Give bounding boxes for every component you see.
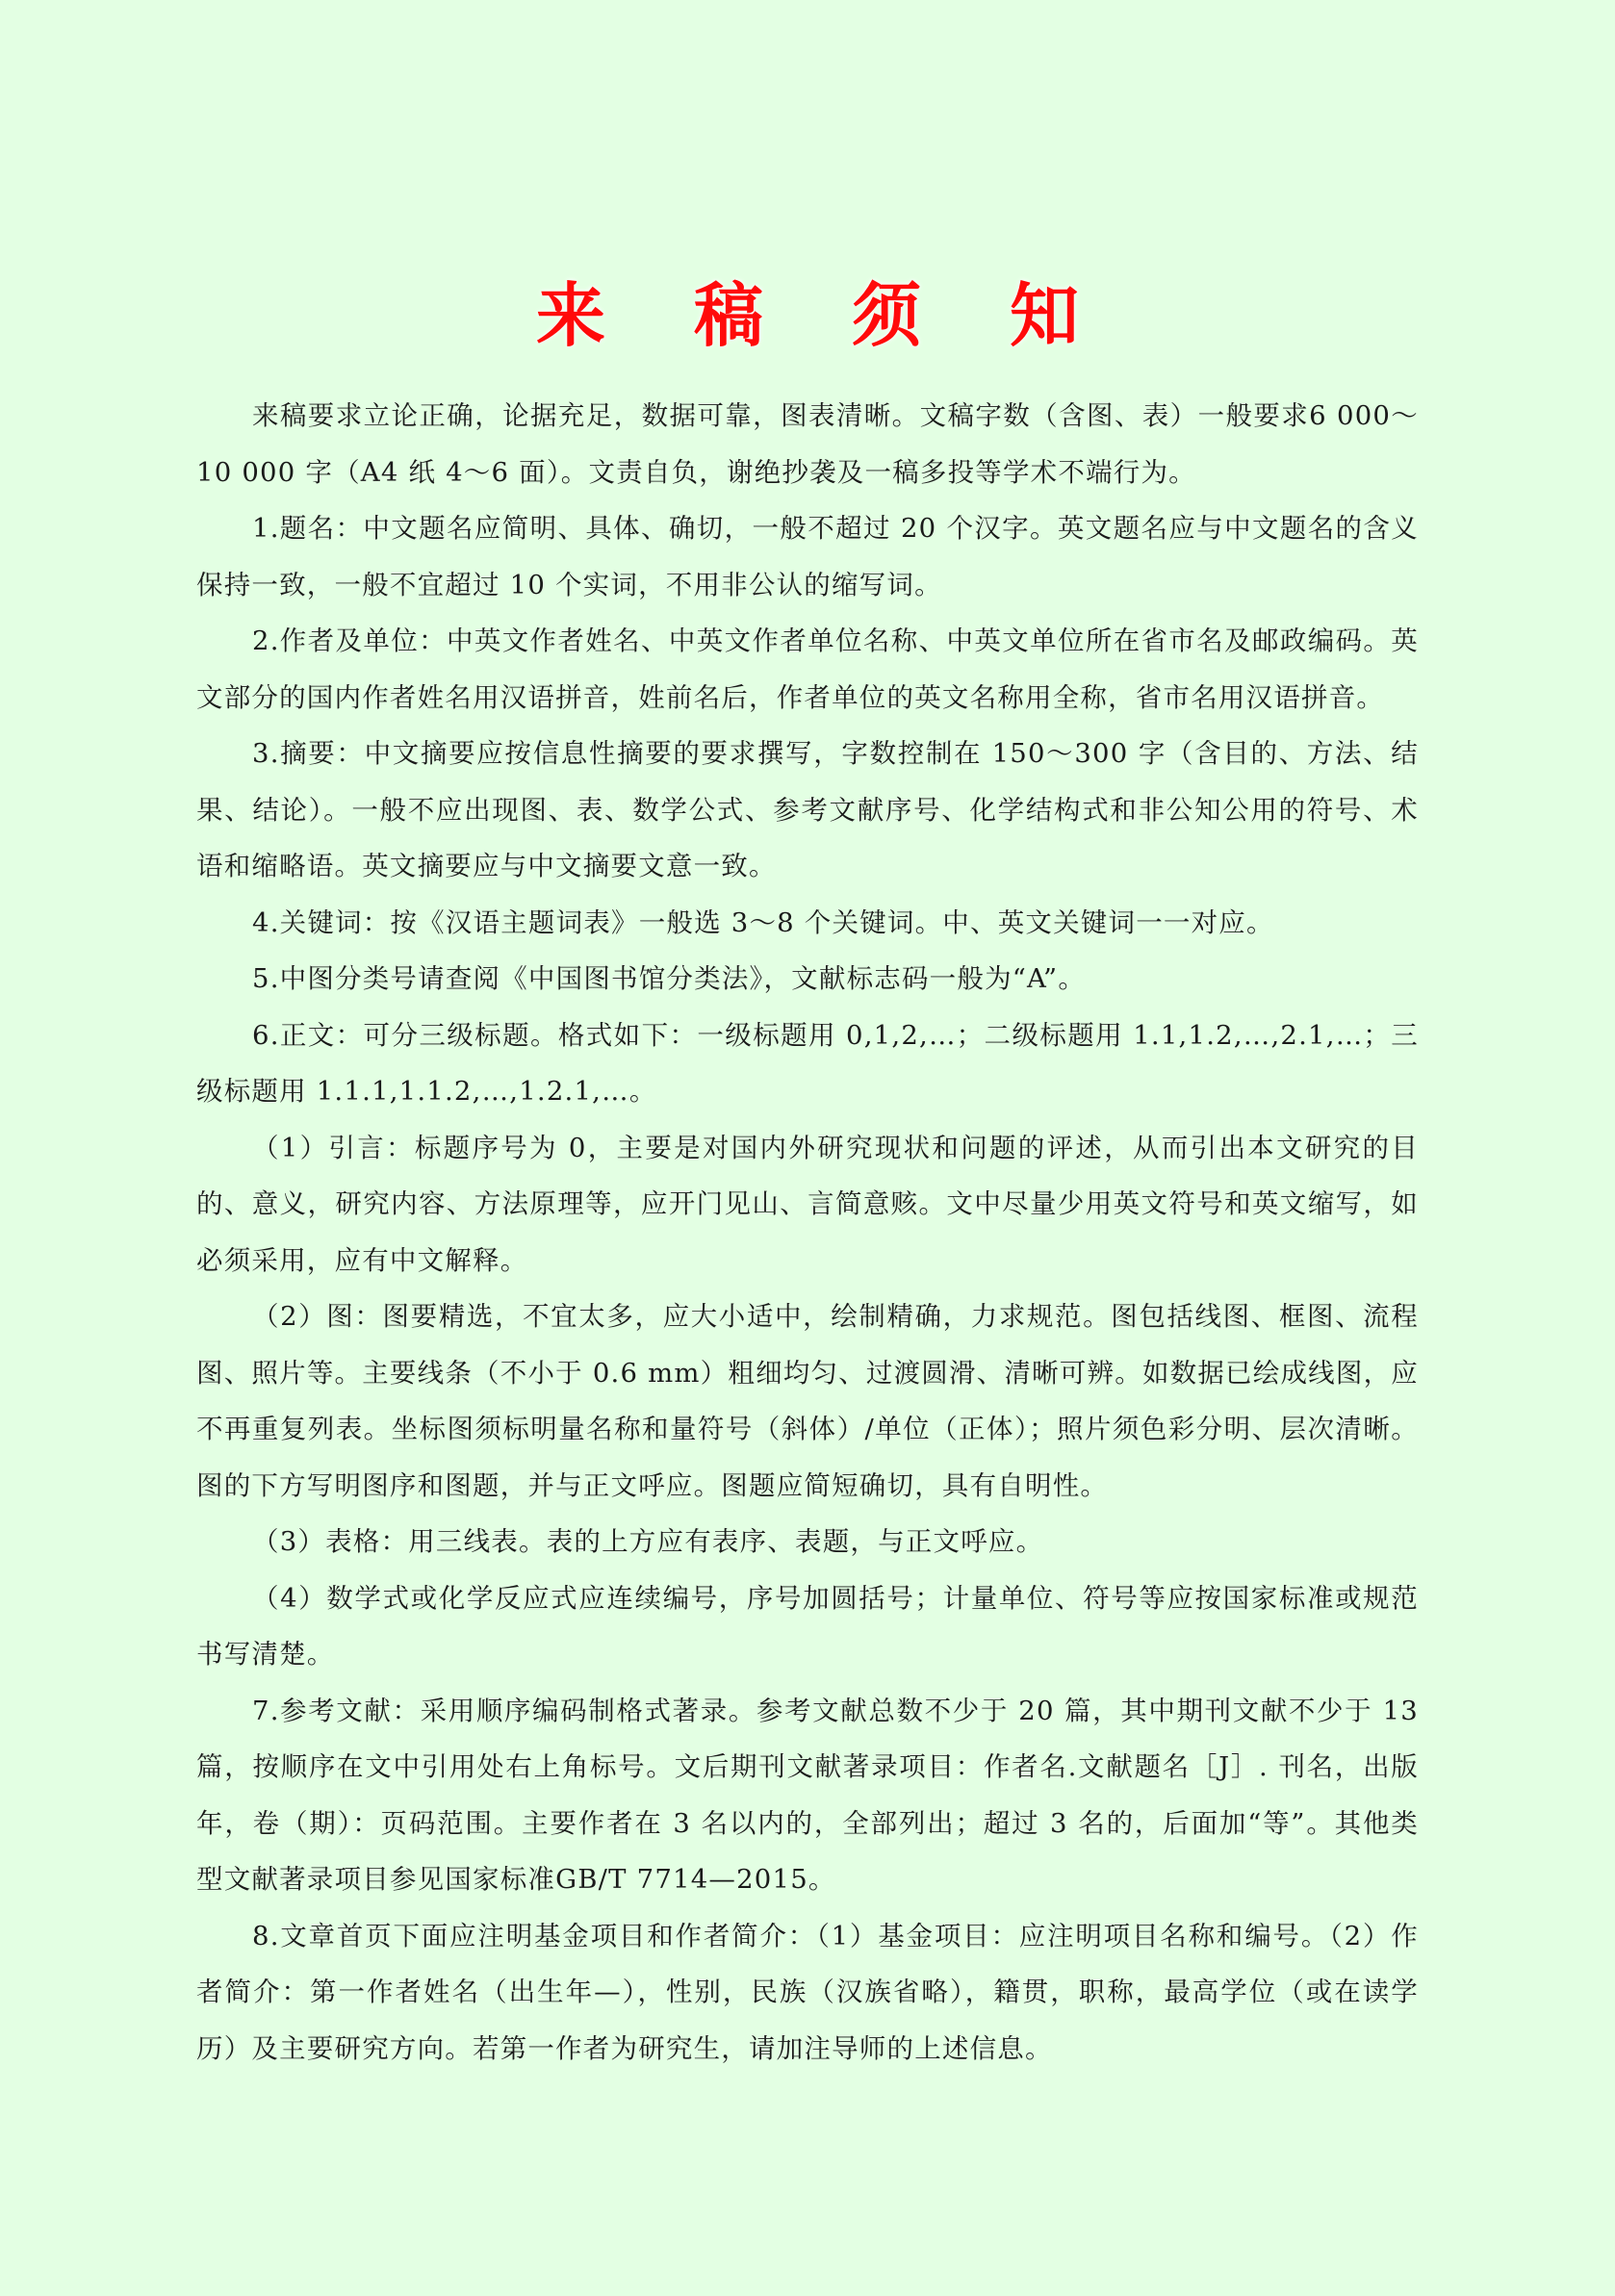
item-figures: （2）图：图要精选，不宜太多，应大小适中，绘制精确，力求规范。图包括线图、框图、… (196, 1288, 1419, 1514)
item-introduction: （1）引言：标题序号为 0，主要是对国内外研究现状和问题的评述，从而引出本文研究… (196, 1120, 1419, 1289)
item-classification: 5.中图分类号请查阅《中国图书馆分类法》，文献标志码一般为“A”。 (196, 951, 1419, 1008)
item-body-headings: 6.正文：可分三级标题。格式如下：一级标题用 0,1,2,…；二级标题用 1.1… (196, 1008, 1419, 1120)
intro-paragraph: 来稿要求立论正确，论据充足，数据可靠，图表清晰。文稿字数（含图、表）一般要求6 … (196, 388, 1419, 500)
title-char: 知 (1010, 269, 1079, 362)
item-title-requirements: 1.题名：中文题名应简明、具体、确切，一般不超过 20 个汉字。英文题名应与中文… (196, 500, 1419, 613)
page-title: 来稿须知 (0, 269, 1615, 362)
item-abstract: 3.摘要：中文摘要应按信息性摘要的要求撰写，字数控制在 150～300 字（含目… (196, 726, 1419, 895)
document-body: 来稿要求立论正确，论据充足，数据可靠，图表清晰。文稿字数（含图、表）一般要求6 … (196, 388, 1419, 2077)
item-funding-bio: 8.文章首页下面应注明基金项目和作者简介：（1）基金项目：应注明项目名称和编号。… (196, 1908, 1419, 2078)
item-formulas: （4）数学式或化学反应式应连续编号，序号加圆括号；计量单位、符号等应按国家标准或… (196, 1570, 1419, 1683)
item-keywords: 4.关键词：按《汉语主题词表》一般选 3～8 个关键词。中、英文关键词一一对应。 (196, 895, 1419, 952)
title-char: 来 (536, 269, 605, 362)
title-char: 须 (852, 269, 921, 362)
item-author-affiliation: 2.作者及单位：中英文作者姓名、中英文作者单位名称、中英文单位所在省市名及邮政编… (196, 613, 1419, 726)
title-char: 稿 (694, 269, 763, 362)
item-references: 7.参考文献：采用顺序编码制格式著录。参考文献总数不少于 20 篇，其中期刊文献… (196, 1683, 1419, 1908)
item-tables: （3）表格：用三线表。表的上方应有表序、表题，与正文呼应。 (196, 1514, 1419, 1570)
